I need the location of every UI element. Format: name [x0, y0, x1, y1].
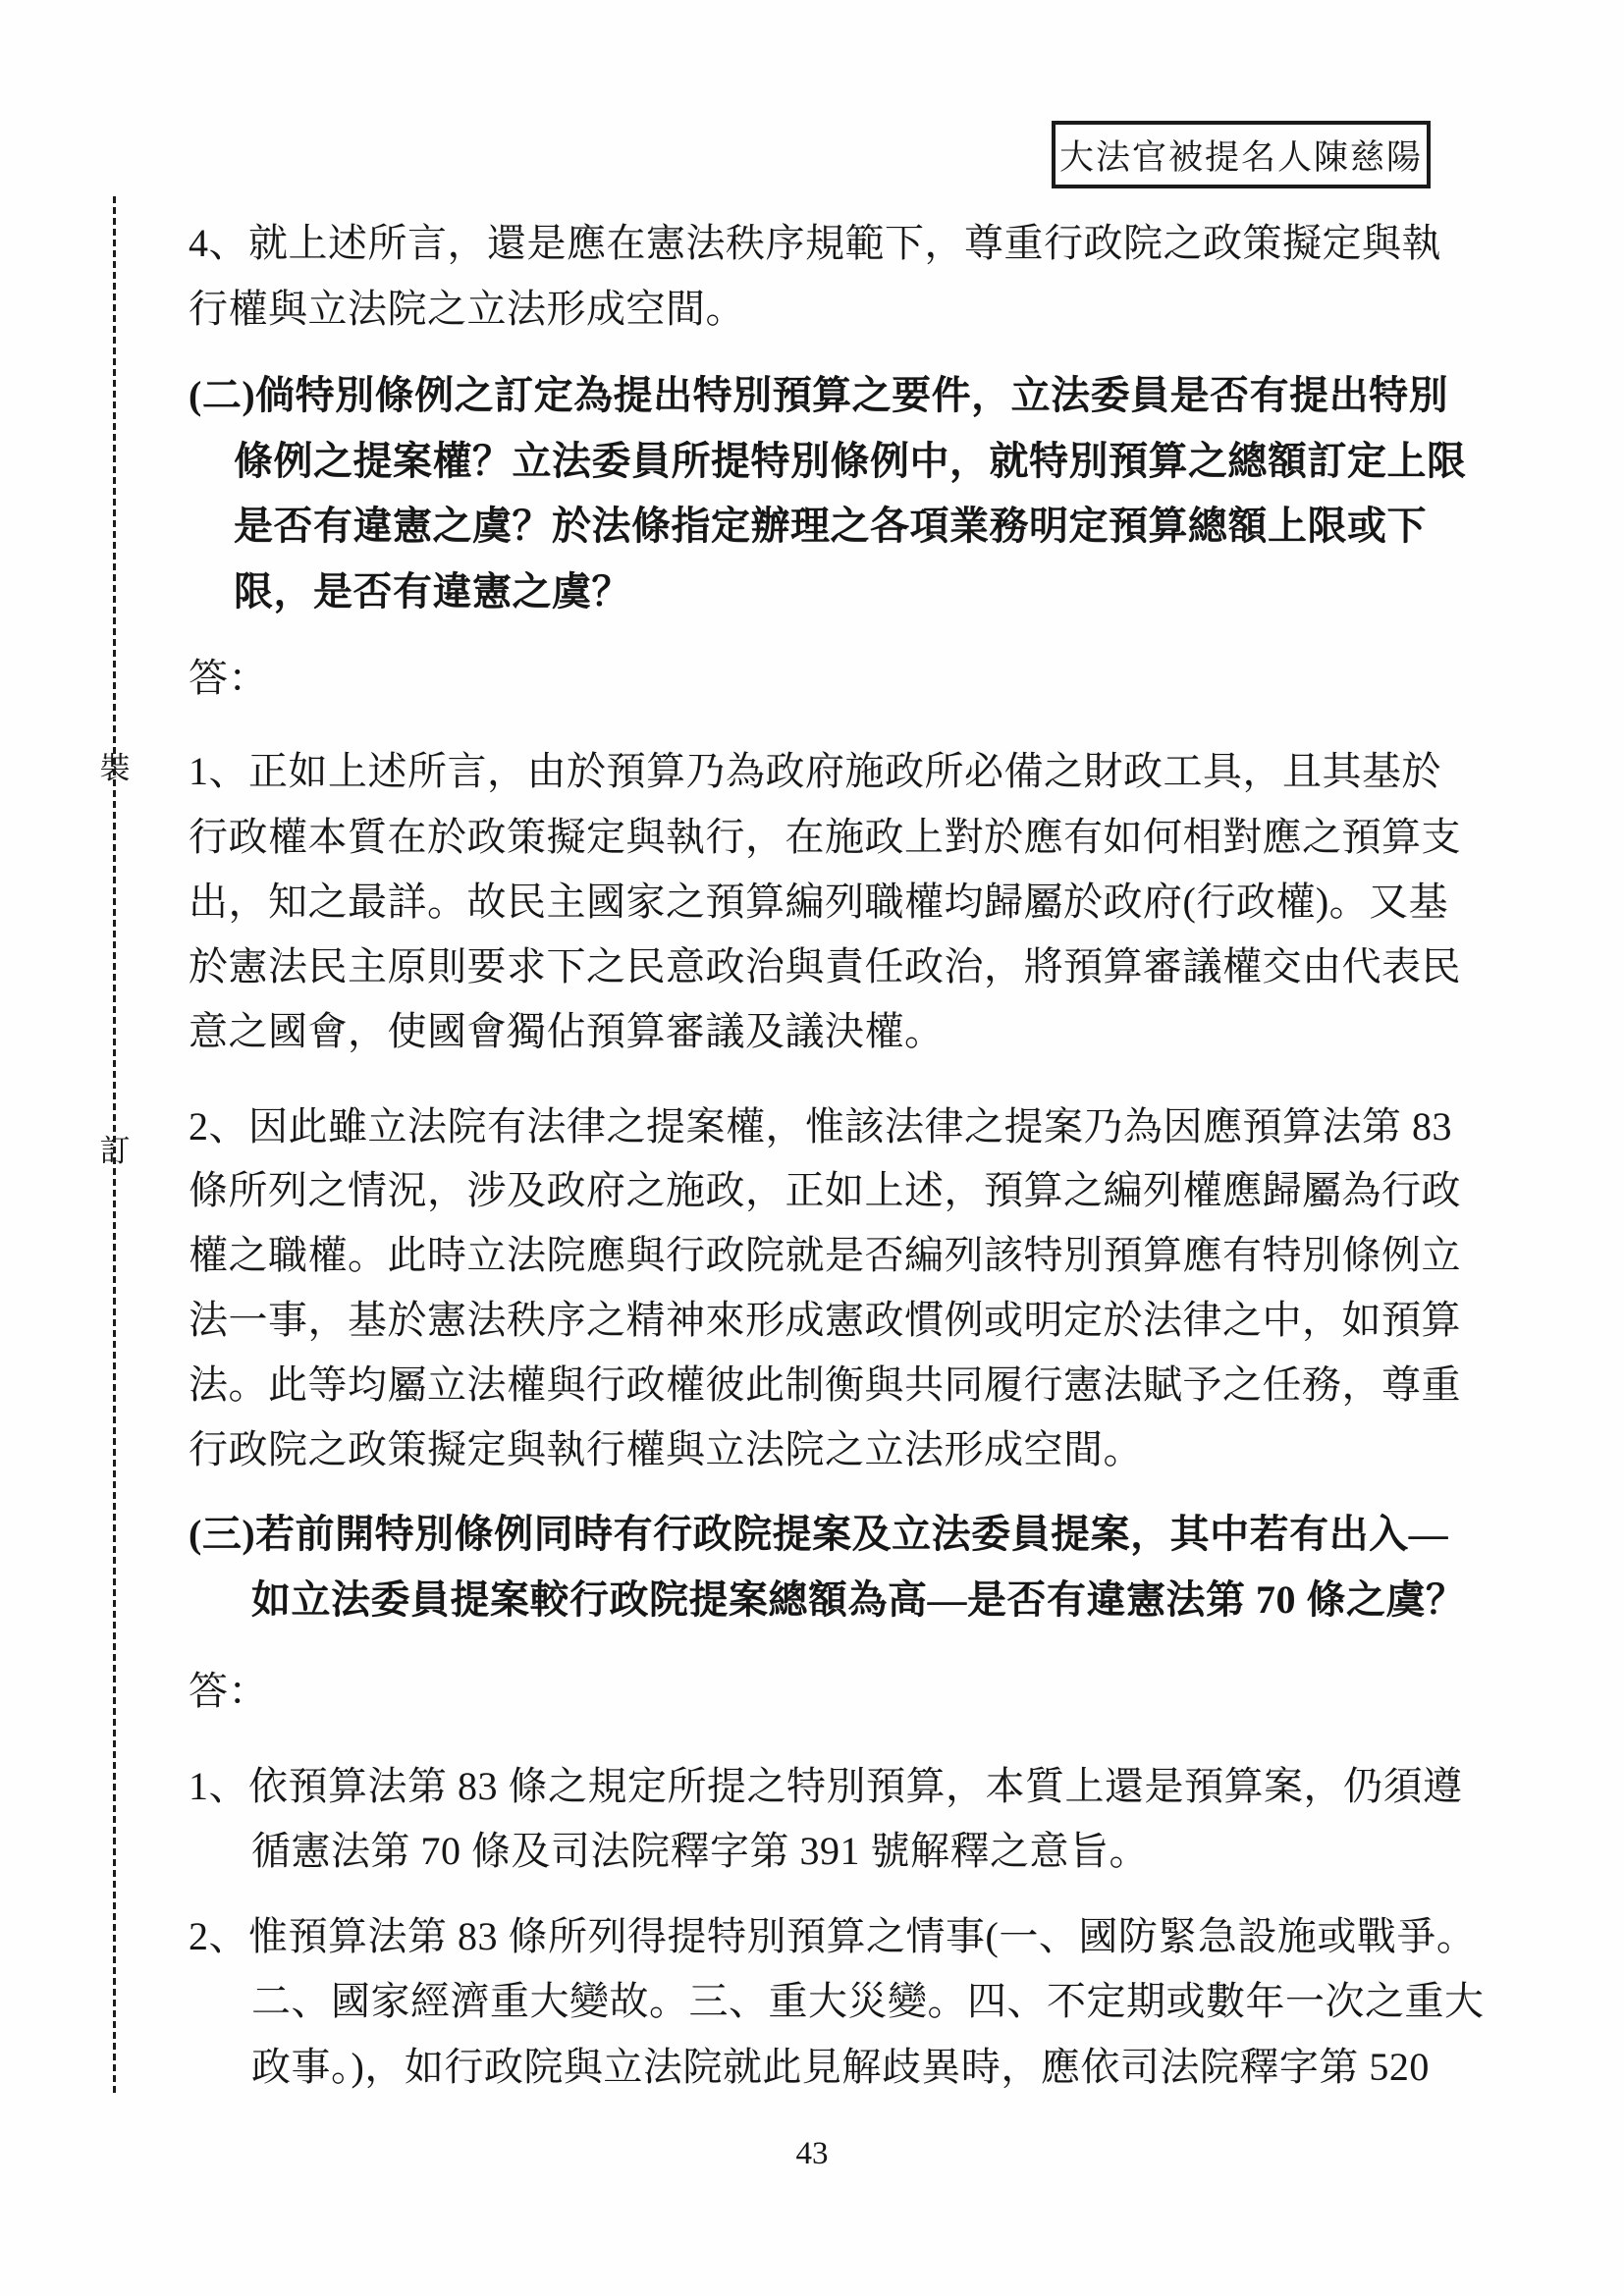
- nominee-header-box: 大法官被提名人陳慈陽: [1052, 121, 1431, 188]
- answer-line: 1、依預算法第 83 條之規定所提之特別預算，本質上還是預算案，仍須遵: [189, 1764, 1434, 1809]
- answer-line: 政事。)，如行政院與立法院就此見解歧異時，應依司法院釋字第 520: [251, 2045, 1434, 2090]
- text-line: 4、就上述所言，還是應在憲法秩序規範下，尊重行政院之政策擬定與執: [189, 221, 1434, 266]
- question-heading-line: 如立法委員提案較行政院提案總額為高—是否有違憲法第 70 條之虞？: [251, 1577, 1434, 1623]
- answer-line: 循憲法第 70 條及司法院釋字第 391 號解釋之意旨。: [251, 1829, 1434, 1874]
- question-heading-line: (二)倘特別條例之訂定為提出特別預算之要件，立法委員是否有提出特別: [189, 373, 1434, 418]
- answer-line: 法一事，基於憲法秩序之精神來形成憲政慣例或明定於法律之中，如預算: [189, 1298, 1434, 1343]
- text-line: 行權與立法院之立法形成空間。: [189, 287, 1434, 332]
- answer-line: 1、正如上述所言，由於預算乃為政府施政所必備之財政工具，且其基於: [189, 749, 1434, 794]
- question-heading-line: (三)若前開特別條例同時有行政院提案及立法委員提案，其中若有出入—: [189, 1512, 1434, 1557]
- answer-line: 2、因此雖立法院有法律之提案權，惟該法律之提案乃為因應預算法第 83: [189, 1104, 1434, 1149]
- question-heading-line: 是否有違憲之虞？於法條指定辦理之各項業務明定預算總額上限或下: [234, 504, 1434, 549]
- answer-line: 意之國會，使國會獨佔預算審議及議決權。: [189, 1009, 1434, 1054]
- answer-line: 二、國家經濟重大變故。三、重大災變。四、不定期或數年一次之重大: [251, 1979, 1434, 2024]
- nominee-label: 大法官被提名人陳慈陽: [1059, 131, 1423, 180]
- question-heading-line: 條例之提案權？立法委員所提特別條例中，就特別預算之總額訂定上限: [234, 439, 1434, 484]
- answer-line: 於憲法民主原則要求下之民意政治與責任政治，將預算審議權交由代表民: [189, 944, 1434, 989]
- answer-line: 行政權本質在於政策擬定與執行，在施政上對於應有如何相對應之預算支: [189, 815, 1434, 860]
- answer-label: 答：: [189, 656, 1434, 701]
- binding-mark-top: 裝: [97, 752, 133, 785]
- answer-line: 條所列之情況，涉及政府之施政，正如上述，預算之編列權應歸屬為行政: [189, 1168, 1434, 1213]
- answer-line: 權之職權。此時立法院應與行政院就是否編列該特別預算應有特別條例立: [189, 1233, 1434, 1278]
- document-page: 大法官被提名人陳慈陽 裝 訂 4、就上述所言，還是應在憲法秩序規範下，尊重行政院…: [0, 0, 1624, 2296]
- answer-line: 法。此等均屬立法權與行政權彼此制衡與共同履行憲法賦予之任務，尊重: [189, 1362, 1434, 1408]
- answer-line: 行政院之政策擬定與執行權與立法院之立法形成空間。: [189, 1427, 1434, 1472]
- binding-mark-bottom: 訂: [97, 1135, 133, 1168]
- question-heading-line: 限，是否有違憲之虞？: [234, 569, 1434, 614]
- answer-line: 2、惟預算法第 83 條所列得提特別預算之情事(一、國防緊急設施或戰爭。: [189, 1914, 1434, 1959]
- answer-line: 出，知之最詳。故民主國家之預算編列職權均歸屬於政府(行政權)。又基: [189, 880, 1434, 925]
- answer-label: 答：: [189, 1669, 1434, 1714]
- page-number: 43: [0, 2136, 1624, 2172]
